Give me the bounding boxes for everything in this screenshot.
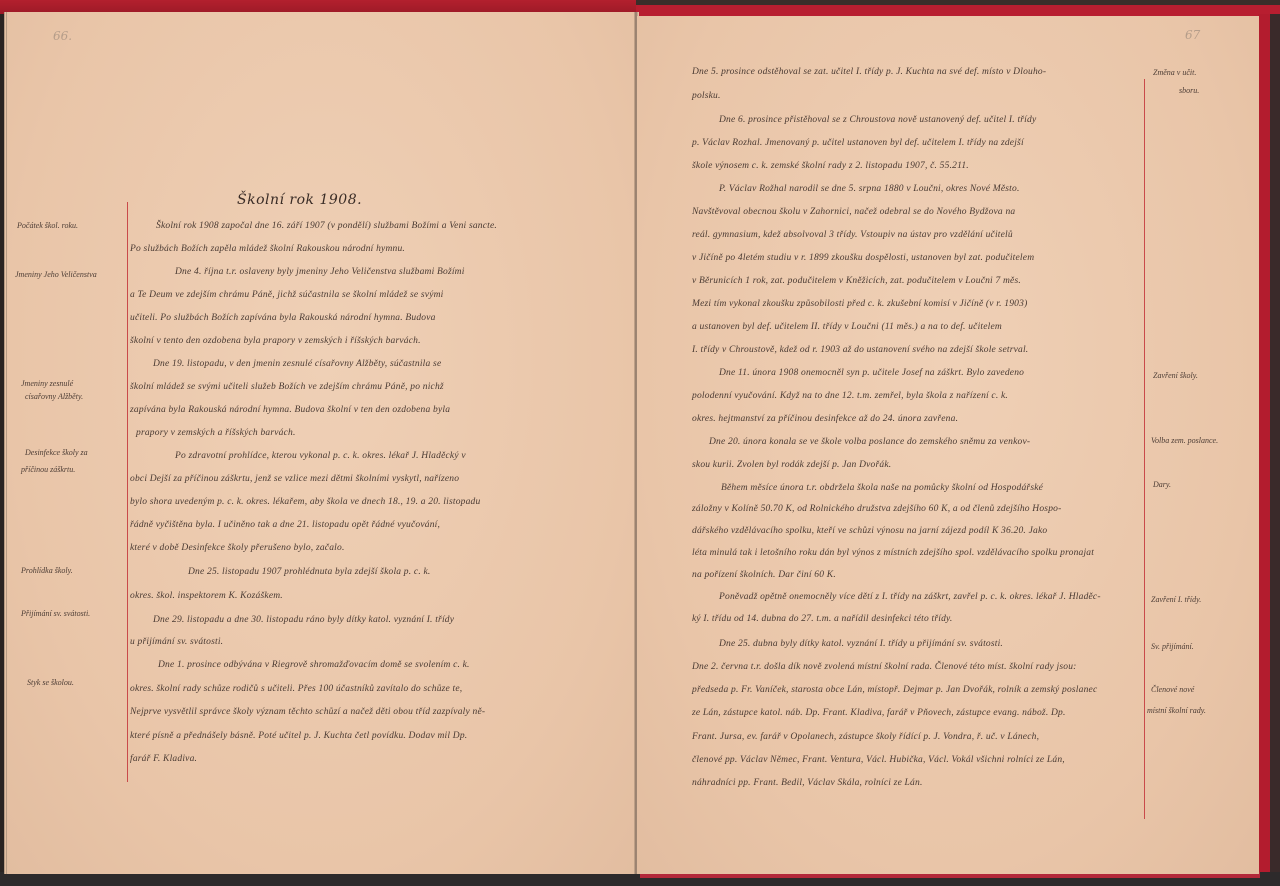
- text-line: v Běrunicích 1 rok, zat. podučitelem v K…: [692, 276, 1021, 286]
- left-page: 66. Školní rok 1908. Školní rok 1908 zap…: [4, 12, 639, 874]
- page-title: Školní rok 1908.: [237, 192, 362, 208]
- text-line: okres. hejtmanství za příčinou desinfekc…: [692, 414, 958, 424]
- text-line: a ustanoven byl def. učitelem II. třídy …: [692, 322, 1002, 332]
- text-line: bylo shora uvedeným p. c. k. okres. léka…: [130, 497, 480, 507]
- text-line: Dne 11. února 1908 onemocněl syn p. učit…: [719, 368, 1024, 378]
- text-line: obci Dejší za příčinou záškrtu, jenž se …: [130, 474, 459, 484]
- text-line: Dne 25. listopadu 1907 prohlédnuta byla …: [188, 567, 430, 577]
- text-line: farář F. Kladiva.: [130, 754, 197, 764]
- margin-note: císařovny Alžběty.: [25, 392, 83, 401]
- text-line: Dne 19. listopadu, v den jmenin zesnulé …: [153, 359, 441, 369]
- page-number-right: 67: [1185, 28, 1200, 42]
- margin-note: Volba zem. poslance.: [1151, 436, 1218, 445]
- text-line: Poněvadž opětně onemocněly více dětí z I…: [719, 592, 1101, 602]
- text-line: ký I. třídu od 14. dubna do 27. t.m. a n…: [692, 614, 953, 624]
- text-line: p. Václav Rozhal. Jmenovaný p. učitel us…: [692, 138, 1024, 148]
- margin-rule-left: [127, 202, 128, 782]
- text-line: P. Václav Rožhal narodil se dne 5. srpna…: [719, 184, 1020, 194]
- book-cover-edge-right: [1258, 14, 1280, 886]
- text-line: na pořízení školních. Dar činí 60 K.: [692, 570, 836, 580]
- text-line: léta minulá tak i letošního roku dán byl…: [692, 548, 1094, 558]
- text-line: prapory v zemských a říšských barvách.: [136, 428, 296, 438]
- margin-note: místní školní rady.: [1147, 706, 1206, 715]
- text-line: Školní rok 1908 započal dne 16. září 190…: [156, 221, 497, 231]
- text-line: které v době Desinfekce školy přerušeno …: [130, 543, 345, 553]
- text-line: Dne 20. února konala se ve škole volba p…: [709, 437, 1030, 447]
- text-line: skou kurii. Zvolen byl rodák zdejší p. J…: [692, 460, 891, 470]
- right-page: 67 Dne 5. prosince odstěhoval se zat. uč…: [637, 16, 1259, 874]
- text-line: učiteli. Po službách Božích zapívána byl…: [130, 313, 436, 323]
- text-line: členové pp. Václav Němec, Frant. Ventura…: [692, 755, 1065, 765]
- text-line: Navštěvoval obecnou školu v Zahornici, n…: [692, 207, 1015, 217]
- margin-note: sboru.: [1179, 86, 1199, 95]
- margin-note: Členové nové: [1151, 685, 1194, 694]
- text-line: Dne 5. prosince odstěhoval se zat. učite…: [692, 67, 1046, 77]
- text-line: polsku.: [692, 91, 721, 101]
- margin-note: Prohlídka školy.: [21, 566, 73, 575]
- text-line: Dne 25. dubna byly dítky katol. vyznání …: [719, 639, 1003, 649]
- margin-note: Jmeniny Jeho Veličenstva: [15, 270, 97, 279]
- text-line: Dne 6. prosince přistěhoval se z Chroust…: [719, 115, 1036, 125]
- text-line: které písně a přednášely básně. Poté uči…: [130, 731, 467, 741]
- margin-note: Změna v učit.: [1153, 68, 1196, 77]
- page-number-left: 66.: [53, 29, 72, 43]
- margin-note: Styk se školou.: [27, 678, 74, 687]
- margin-note: Dary.: [1153, 480, 1171, 489]
- margin-note: Počátek škol. roku.: [17, 221, 78, 230]
- text-line: Dne 4. října t.r. oslaveny byly jmeniny …: [175, 267, 465, 277]
- text-line: Dne 29. listopadu a dne 30. listopadu rá…: [153, 615, 454, 625]
- text-line: náhradníci pp. Frant. Bedil, Václav Skál…: [692, 778, 923, 788]
- text-line: řádně vyčištěna byla. I učiněno tak a dn…: [130, 520, 440, 530]
- text-line: školní v tento den ozdobena byla prapory…: [130, 336, 421, 346]
- text-line: záložny v Kolíně 50.70 K, od Rolnického …: [692, 504, 1061, 514]
- text-line: dářského vzdělávacího spolku, kteří ve s…: [692, 526, 1047, 536]
- text-line: Dne 2. června t.r. došla dík nově zvolen…: [692, 662, 1077, 672]
- text-line: u přijímání sv. svátosti.: [130, 637, 223, 647]
- margin-note: Zavření školy.: [1153, 371, 1198, 380]
- margin-note: Jmeniny zesnulé: [21, 379, 73, 388]
- text-line: Během měsíce února t.r. obdržela škola n…: [721, 483, 1043, 493]
- text-line: ze Lán, zástupce katol. náb. Dp. Frant. …: [692, 708, 1066, 718]
- margin-note: příčinou záškrtu.: [21, 465, 75, 474]
- text-line: předseda p. Fr. Vaníček, starosta obce L…: [692, 685, 1097, 695]
- text-line: reál. gymnasium, kdež absolvoval 3 třídy…: [692, 230, 1013, 240]
- margin-note: Přijímání sv. svátosti.: [21, 609, 90, 618]
- margin-note: Desinfekce školy za: [25, 448, 88, 457]
- margin-note: Zavření I. třídy.: [1151, 595, 1201, 604]
- text-line: I. třídy v Chroustově, kdež od r. 1903 a…: [692, 345, 1028, 355]
- text-line: školní mládež se svými učiteli služeb Bo…: [130, 382, 444, 392]
- text-line: okres. školní rady schůze rodičů s učite…: [130, 684, 462, 694]
- margin-note: Sv. přijímání.: [1151, 642, 1194, 651]
- text-line: okres. škol. inspektorem K. Kozáškem.: [130, 591, 283, 601]
- text-line: polodenní vyučování. Když na to dne 12. …: [692, 391, 1008, 401]
- text-line: Mezi tím vykonal zkoušku způsobilosti př…: [692, 299, 1027, 309]
- text-line: Po službách Božích zapěla mládež školní …: [130, 244, 405, 254]
- text-line: Po zdravotní prohlídce, kterou vykonal p…: [175, 451, 466, 461]
- margin-rule-right: [1144, 79, 1145, 819]
- text-line: Frant. Jursa, ev. farář v Opolanech, zás…: [692, 732, 1039, 742]
- text-line: Dne 1. prosince odbývána v Riegrově shro…: [158, 660, 470, 670]
- text-line: Nejprve vysvětlil správce školy význam t…: [130, 707, 485, 717]
- text-line: zapívána byla Rakouská národní hymna. Bu…: [130, 405, 450, 415]
- text-line: škole výnosem c. k. zemské školní rady z…: [692, 161, 969, 171]
- text-line: a Te Deum ve zdejším chrámu Páně, jichž …: [130, 290, 444, 300]
- text-line: v Jičíně po 4letém studiu v r. 1899 zkou…: [692, 253, 1034, 263]
